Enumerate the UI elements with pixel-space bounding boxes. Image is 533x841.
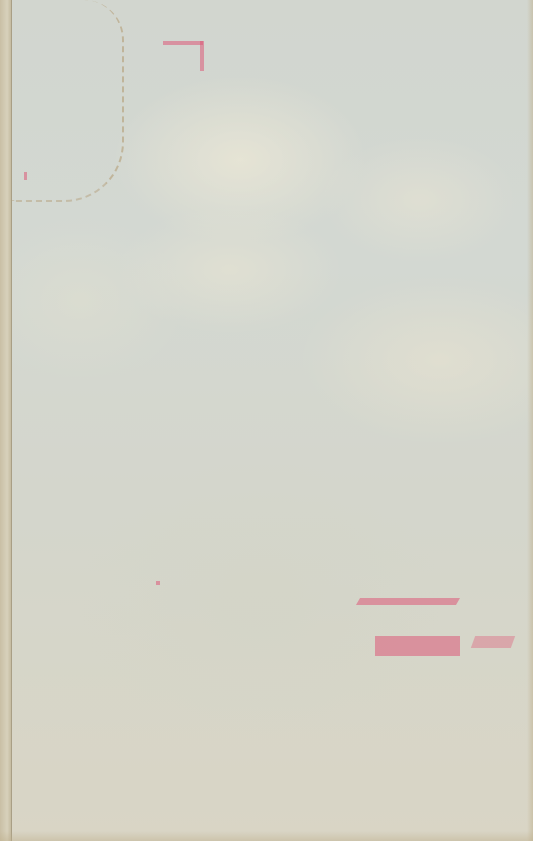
pink-pigment-mark-top-side	[200, 41, 204, 71]
pink-pigment-streak-2	[375, 636, 460, 656]
pink-pigment-dot	[24, 172, 27, 180]
pink-pigment-streak-3	[471, 636, 515, 648]
aged-paper-photo	[0, 0, 533, 841]
water-stain	[12, 0, 124, 202]
pink-pigment-streak-1	[356, 598, 460, 605]
pink-pigment-mark-top	[163, 41, 203, 45]
pink-pigment-dot-2	[156, 581, 160, 585]
right-edge-shadow	[527, 0, 533, 841]
bottom-edge-shadow	[0, 831, 533, 841]
